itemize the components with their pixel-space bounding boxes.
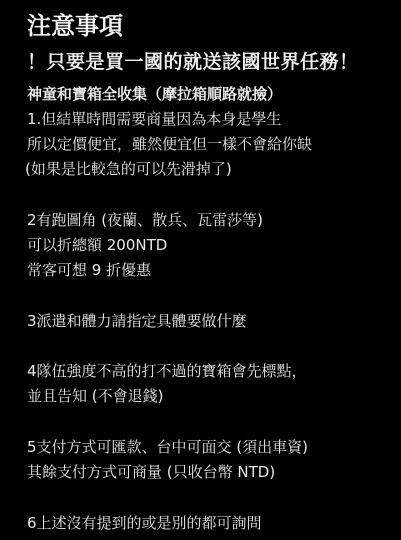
promo-subtitle: ！只要是買一國的就送該國世界任務！ — [27, 50, 359, 74]
note-1-line-2: 所以定價便宜，雖然便宜但一樣不會給你缺 — [27, 133, 312, 155]
note-4-line-2: 並且告知 (不會退錢) — [27, 385, 163, 407]
note-2-line-3: 常客可想 9 折優惠 — [27, 259, 151, 281]
note-5-line-1: 5支付方式可匯款、台中可面交 (須出車資) — [27, 436, 308, 458]
page-title: 注意事項 — [27, 11, 123, 41]
note-5-line-2: 其餘支付方式可商量 (只收台幣 NTD) — [27, 461, 275, 483]
note-6-line-1: 6上述沒有提到的或是別的都可詢問 — [27, 512, 262, 534]
note-2-line-1: 2有跑圖角 (夜蘭、散兵、瓦雷莎等) — [27, 209, 263, 231]
note-1-line-3: (如果是比較急的可以先滑掉了) — [25, 158, 232, 180]
note-4-line-1: 4隊伍強度不高的打不過的寶箱會先標點， — [27, 360, 307, 382]
note-3-line-1: 3派遣和體力請指定具體要做什麼 — [27, 310, 247, 332]
service-heading: 神童和寶箱全收集（摩拉箱順路就撿） — [27, 83, 282, 105]
note-1-line-1: 1.但結單時間需要商量因為本身是學生 — [27, 108, 281, 130]
note-2-line-2: 可以折總額 200NTD — [27, 234, 167, 256]
